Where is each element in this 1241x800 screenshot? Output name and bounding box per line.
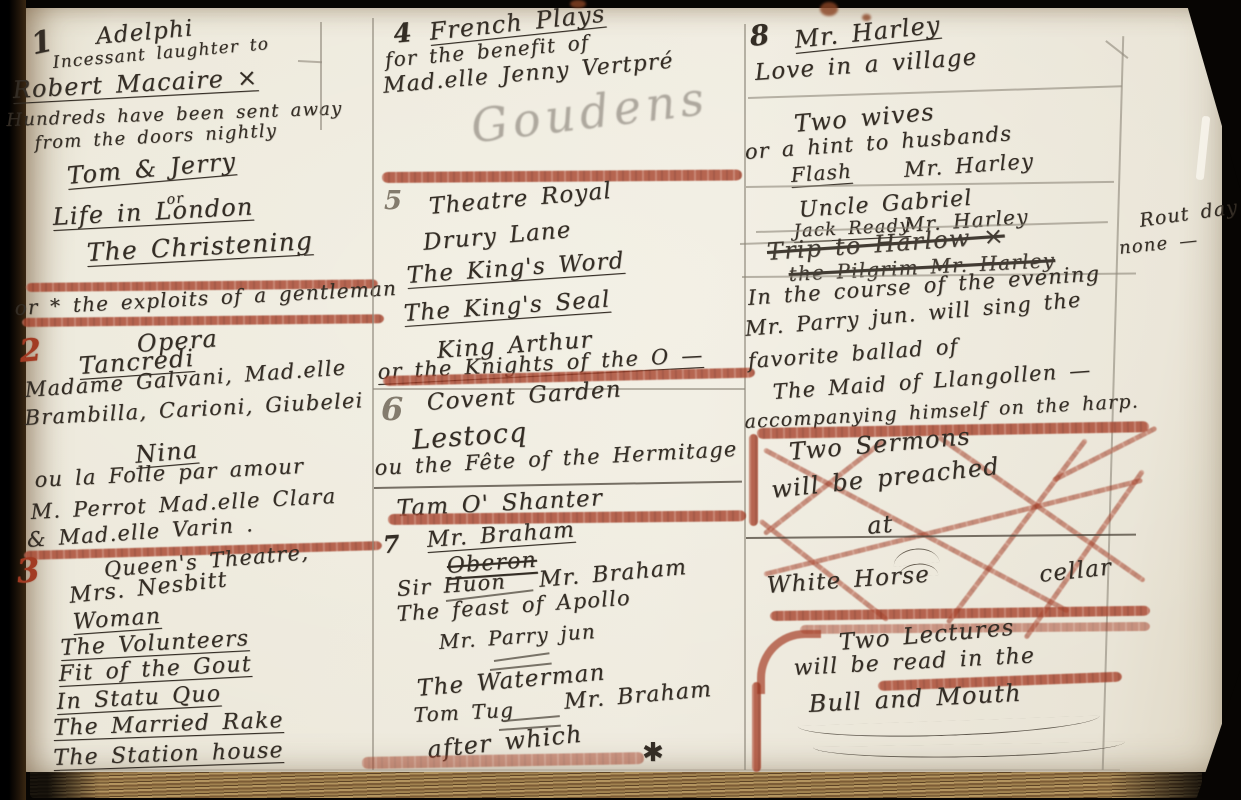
entry-number-3: 3 — [15, 550, 42, 591]
role-flash: Flash — [790, 159, 853, 187]
page-stain-3 — [862, 14, 871, 21]
entry-number-6: 6 — [381, 390, 404, 428]
entry-number-2: 2 — [18, 332, 44, 370]
bottom-rule — [60, 769, 1120, 771]
column-rule-2 — [744, 24, 746, 770]
page-stain-2 — [820, 2, 838, 16]
chalk-bracket-left — [752, 682, 761, 772]
column-rule-short — [320, 22, 322, 130]
page-stack-edges — [30, 772, 1202, 798]
entry-number-5: 5 — [384, 186, 403, 216]
entry-number-7: 7 — [382, 529, 401, 559]
page-stain-1 — [570, 0, 586, 8]
chalk-box-left — [749, 434, 758, 526]
column-rule-1 — [372, 18, 374, 770]
photograph-of-manuscript: 1AdelphiIncessant laughter toRobert Maca… — [0, 0, 1241, 800]
entry-number-8: 8 — [748, 18, 772, 53]
asterisk-mark: ✱ — [642, 738, 665, 768]
